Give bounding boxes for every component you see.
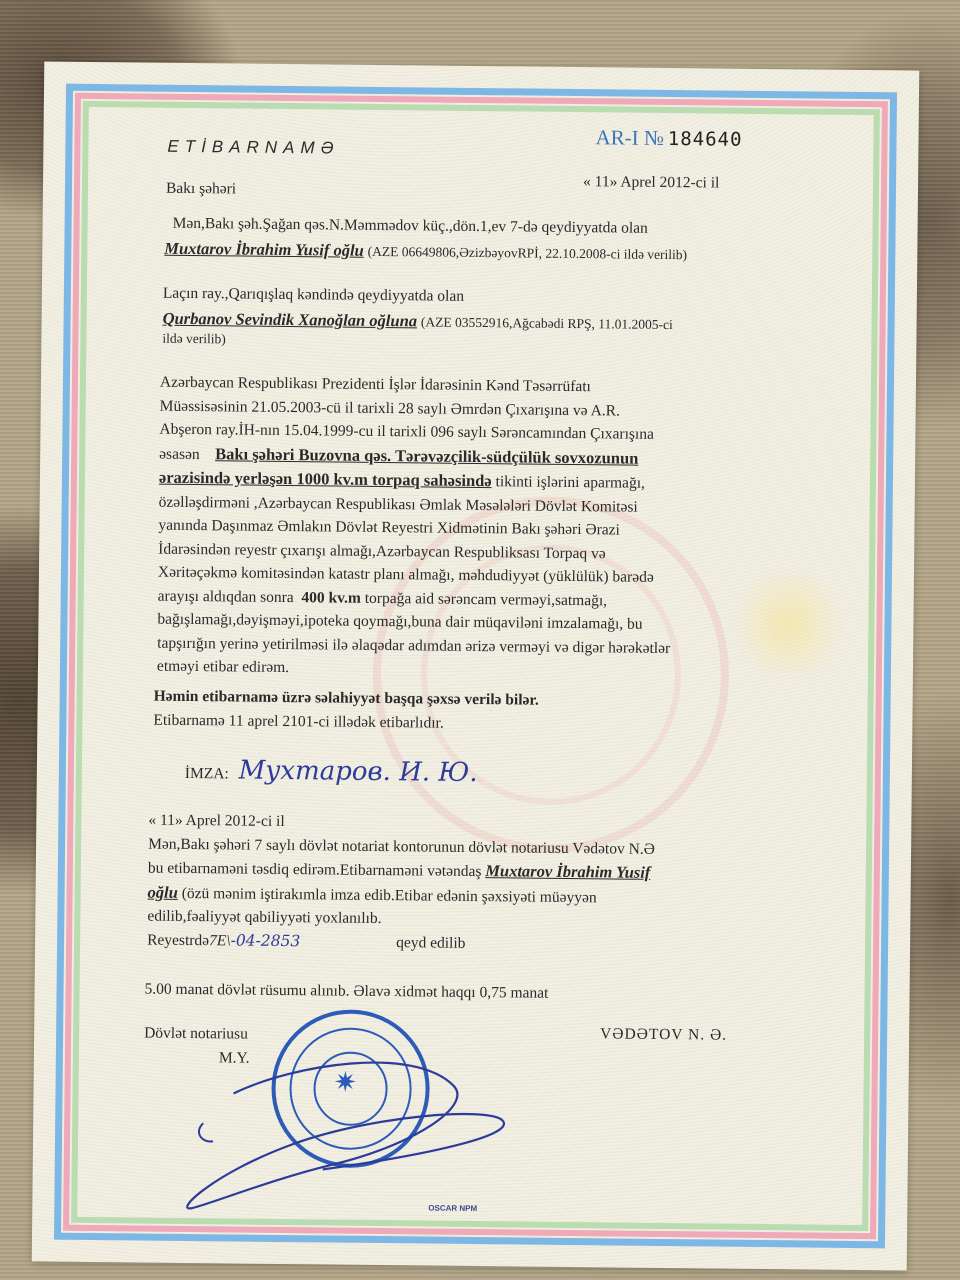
text: tikinti işlərini aparmağı,: [495, 473, 645, 492]
property-area: ərazisində yerləşən 1000 kv.m torpaq sah…: [159, 468, 492, 490]
property-location: Bakı şəhəri Buzovna qəs. Tərəvəzçilik-sü…: [215, 444, 638, 467]
principal-address: Mən,Bakı şəh.Şağan qəs.N.Məmmədov küç.,d…: [173, 215, 648, 238]
agent-address: Laçın ray.,Qarıqışlaq kəndində qeydiyyat…: [163, 285, 464, 306]
city: Bakı şəhəri: [166, 180, 236, 199]
signature-row: İMZA: Муxтаров. И. Ю.: [185, 755, 478, 788]
printer-mark: OSCAR NPM: [428, 1204, 477, 1214]
serial-label: AR-I №: [595, 125, 664, 150]
serial-number: 184640: [668, 128, 743, 151]
handwritten-signature: Муxтаров. И. Ю.: [239, 756, 478, 789]
registry-suffix: qeyd edilib: [396, 934, 465, 952]
text: bu etibarnaməni təsdiq edirəm.Etibarnamə…: [148, 860, 482, 880]
principal-id: (AZE 06649806,ƏzizbəyovRPİ, 22.10.2008-c…: [368, 244, 688, 262]
agent-name: Qurbanov Sevindik Xanoğlan oğluna: [163, 309, 418, 331]
principal-line: Muxtarov İbrahim Yusif oğlu (AZE 0664980…: [164, 239, 687, 264]
text: (özü mənim iştirakımla imza edib.Etibar …: [182, 884, 597, 905]
registry-line: Reyestrdə7E\-04-2853 qeyd edilib: [147, 928, 654, 957]
citizen-name: Muxtarov İbrahim Yusif: [485, 861, 650, 882]
agent-id: (AZE 03552916,Ağcabədi RPŞ, 11.01.2005-c…: [421, 314, 673, 332]
validity-clause: Etibarnamə 11 aprel 2101-ci illədək etib…: [153, 712, 444, 733]
notary-signature-scribble: [172, 1023, 534, 1227]
principal-name: Muxtarov İbrahim Yusif oğlu: [164, 239, 364, 260]
issue-date: « 11» Aprel 2012-ci il: [583, 173, 720, 192]
authority-paragraph: Azərbaycan Respublikası Prezidenti İşlər…: [157, 371, 673, 684]
text: arayışı aldıqdan sonra: [158, 587, 294, 605]
agent-id-cont: ildə verilib): [162, 331, 226, 348]
text: əsasən: [159, 445, 200, 462]
signature-label: İMZA:: [185, 765, 229, 782]
land-size: 400 kv.m: [301, 589, 361, 607]
fee-line: 5.00 manat dövlət rüsumu alınıb. Əlavə x…: [144, 981, 548, 1003]
delegation-clause: Həmin etibarnamə üzrə səlahiyyət başqa ş…: [154, 688, 539, 710]
registry-prefix: 7E\: [209, 932, 231, 949]
notary-name: VƏDƏTOV N. Ə.: [600, 1025, 727, 1044]
text: torpağa aid sərəncam verməyi,satmağı,: [365, 589, 607, 609]
serial-block: AR-I № 184640: [595, 125, 742, 152]
notary-certification: « 11» Aprel 2012-ci il Mən,Bakı şəhəri 7…: [147, 809, 655, 957]
power-of-attorney-document: ETİBARNAMƏ AR-I № 184640 Bakı şəhəri « 1…: [32, 61, 920, 1270]
document-title: ETİBARNAMƏ: [167, 137, 340, 159]
citizen-name-cont: oğlu: [148, 882, 178, 901]
agent-line: Qurbanov Sevindik Xanoğlan oğluna (AZE 0…: [163, 309, 673, 334]
registry-number: -04-2853: [231, 931, 301, 950]
registry-label: Reyestrdə: [147, 931, 209, 949]
